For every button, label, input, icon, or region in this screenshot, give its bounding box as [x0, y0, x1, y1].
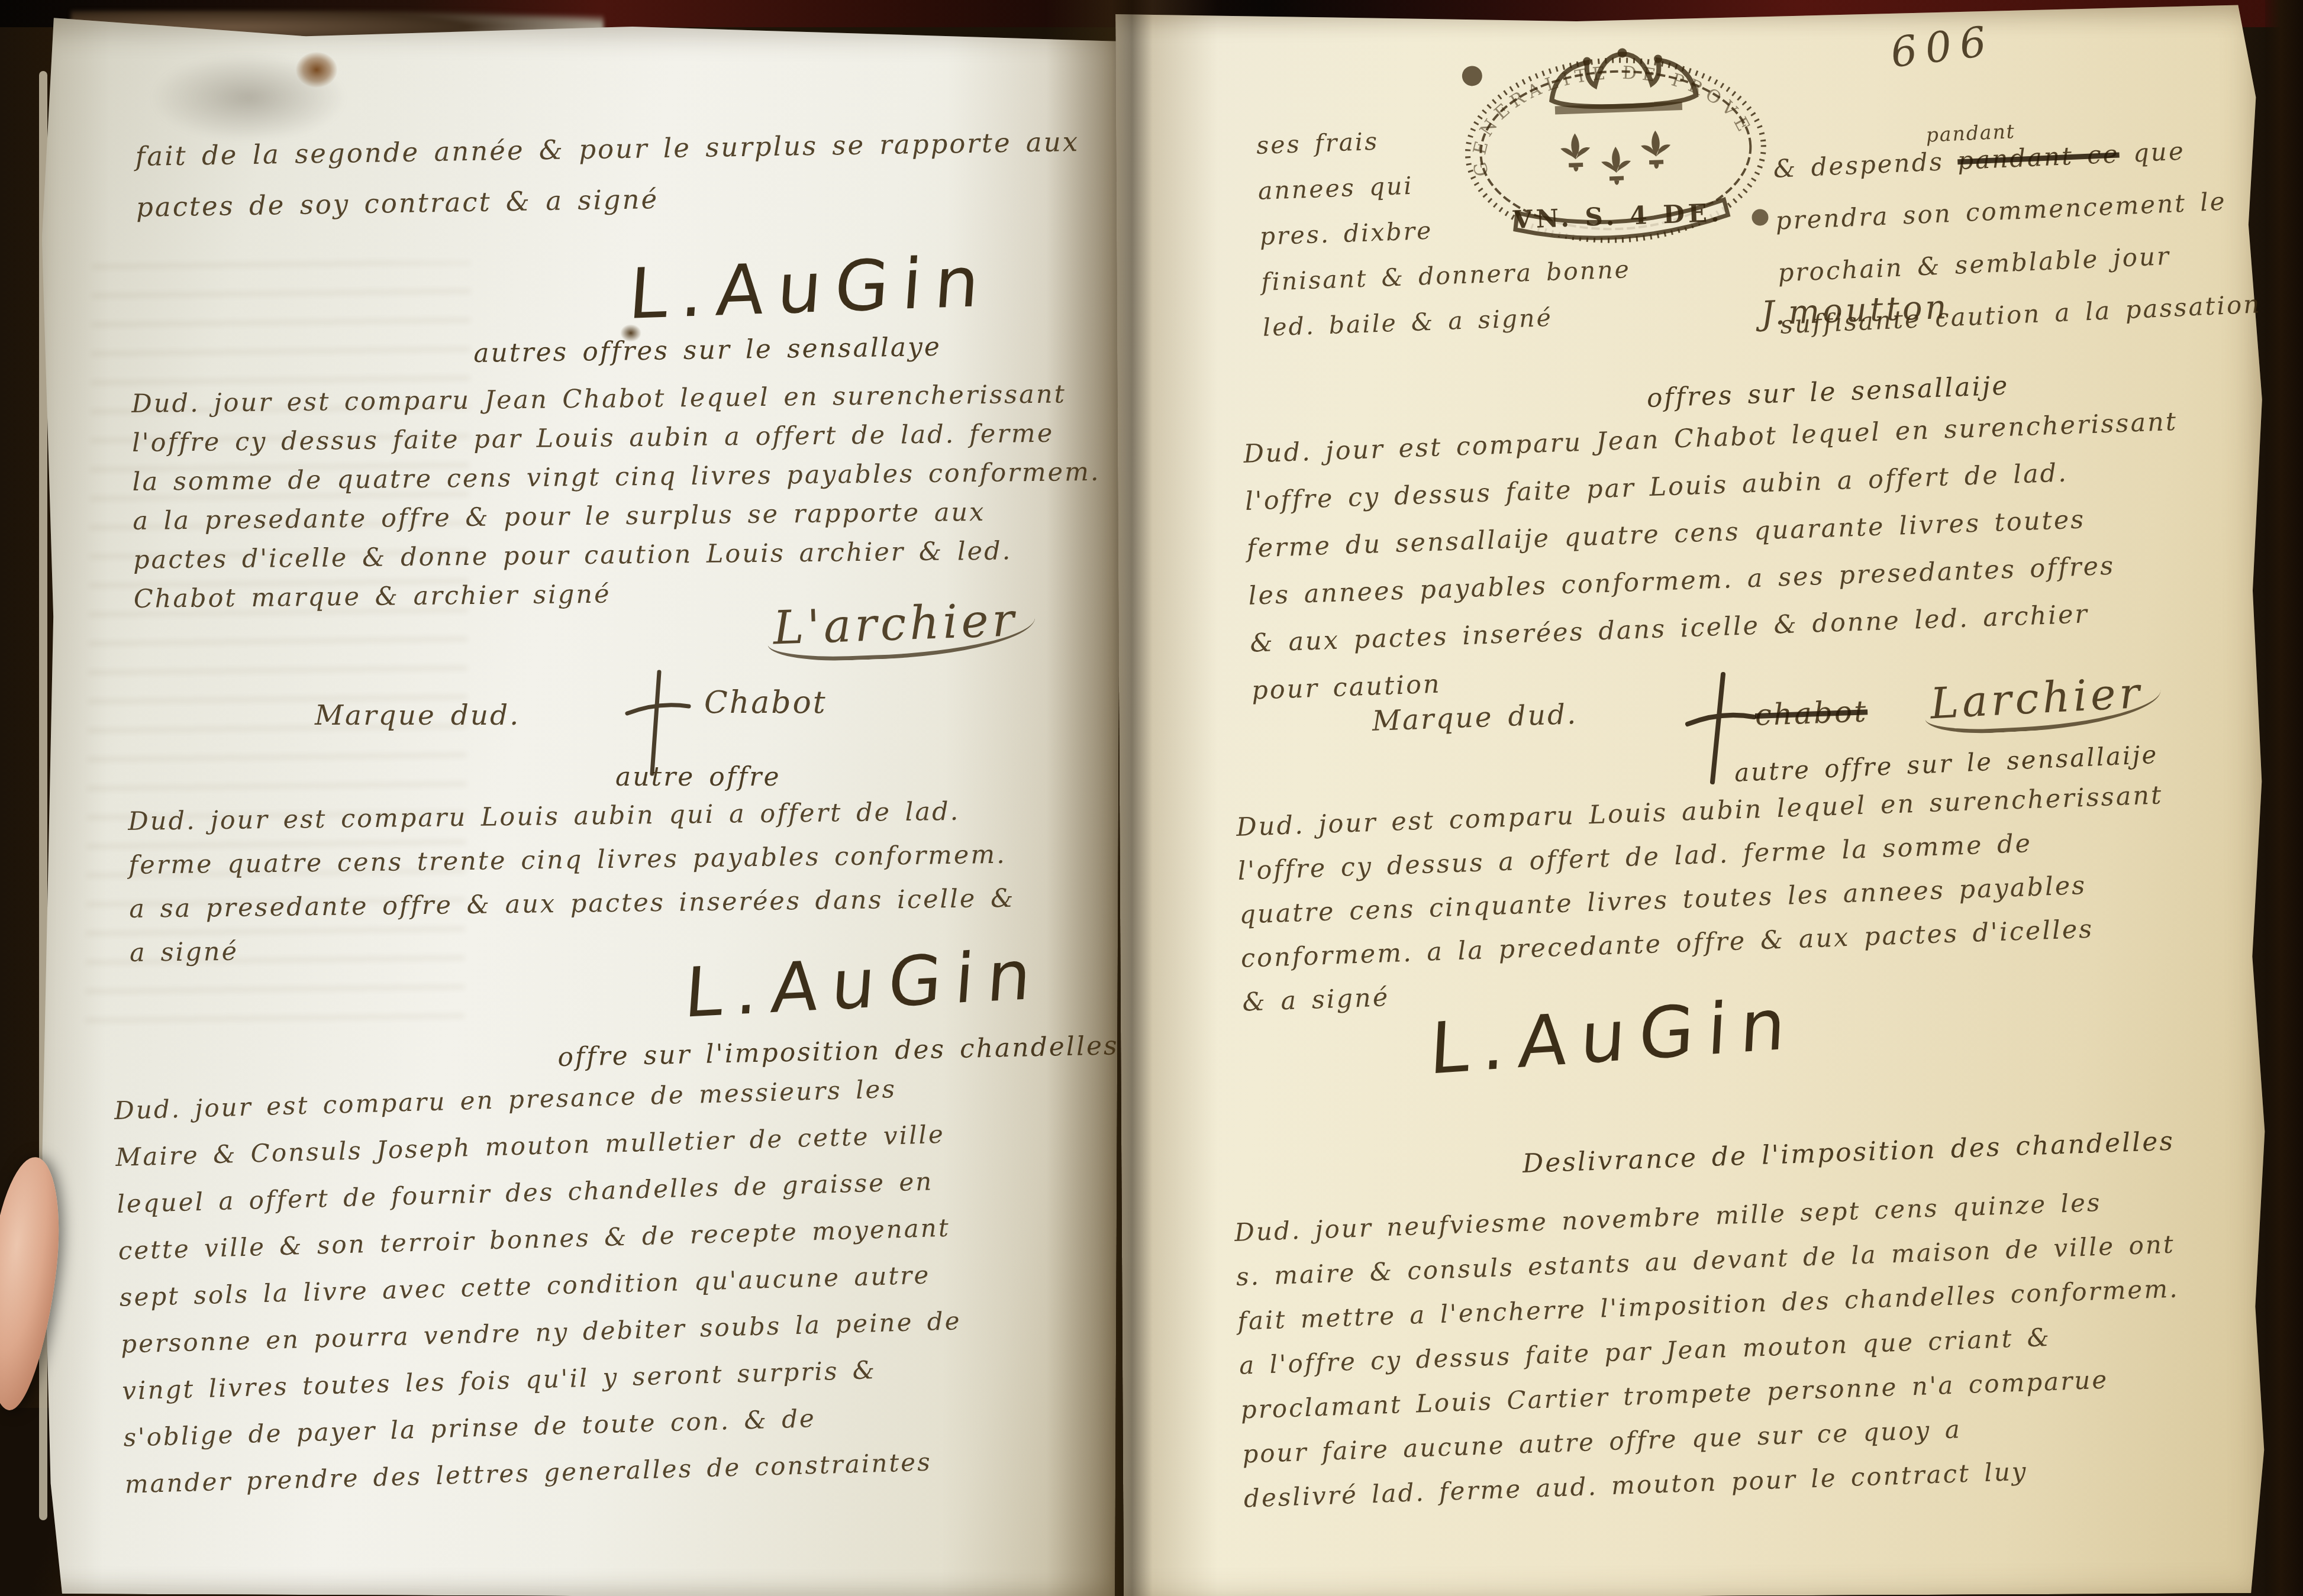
left-paragraph-3: Dud. jour est comparu en presance de mes… [114, 1064, 966, 1507]
left-paragraph-1: Dud. jour est comparu Jean Chabot lequel… [131, 374, 1102, 619]
manuscript-photo: fait de la segonde année & pour le surpl… [0, 0, 2303, 1596]
section-heading: autre offre [615, 762, 780, 792]
line-fragment: que [2133, 137, 2186, 168]
crossed-out-mark-name: chabot [1754, 694, 1868, 732]
clerk-signature-laugin: L.AuGin [626, 241, 995, 335]
left-intro-paragraph: fait de la segonde année & pour le surpl… [135, 117, 1080, 233]
right-intro-left-column: ses frais annees qui pres. dixbre finisa… [1256, 110, 1633, 351]
book-cover-right-edge [2265, 0, 2303, 1596]
mark-label: Marque dud. [315, 699, 520, 732]
book-spine-shadow [1046, 0, 1218, 1596]
right-paragraph-3: Dud. jour neufviesme novembre mille sept… [1234, 1177, 2186, 1520]
consul-signature-mouton: J.moutton [1760, 288, 1950, 333]
right-paragraph-2: Dud. jour est comparu Louis aubin lequel… [1236, 773, 2170, 1024]
mark-name: Chabot [704, 685, 827, 721]
line-fragment: & despends [1773, 147, 1944, 183]
right-paragraph-1: Dud. jour est comparu Jean Chabot lequel… [1243, 398, 2186, 715]
interline-insertion: pandant [1925, 105, 2017, 161]
